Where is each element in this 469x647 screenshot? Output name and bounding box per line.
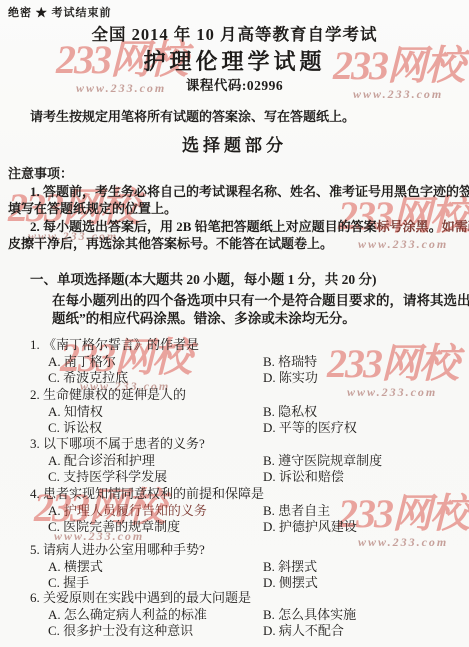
option-label: B. bbox=[263, 453, 278, 468]
option-label: D. bbox=[263, 370, 279, 385]
option-text: 遵守医院规章制度 bbox=[278, 453, 382, 468]
question-number: 6. bbox=[30, 590, 43, 605]
question-number: 1. bbox=[30, 337, 43, 352]
option-b: B. 斜摆式 bbox=[263, 559, 317, 574]
page-content: 绝密 ★ 考试结束前 全国 2014 年 10 月高等教育自学考试 护理伦理学试… bbox=[0, 0, 469, 647]
option-text: 怎么具体实施 bbox=[278, 607, 356, 622]
option-label: C. bbox=[48, 519, 63, 534]
option-text: 隐私权 bbox=[278, 404, 317, 419]
exam-paper-page: 233网校 www.233.com 233网校 www.233.com 233网… bbox=[0, 0, 469, 647]
option-text: 怎么确定病人利益的标准 bbox=[64, 607, 207, 622]
option-a: A. 南丁格尔 bbox=[48, 354, 116, 369]
option-text: 支持医学科学发展 bbox=[63, 469, 167, 484]
option-a: A. 知情权 bbox=[48, 404, 103, 419]
option-text: 南丁格尔 bbox=[64, 354, 116, 369]
option-c: C. 诉讼权 bbox=[48, 420, 102, 435]
option-d: D. 陈实功 bbox=[263, 370, 318, 385]
option-text: 知情权 bbox=[64, 404, 103, 419]
option-label: D. bbox=[263, 575, 279, 590]
option-text: 医院完善的规章制度 bbox=[63, 519, 180, 534]
option-text: 陈实功 bbox=[279, 370, 318, 385]
question: 4. 患者实现知情同意权利的前提和保障是A. 护理人员履行告知的义务B. 患者自… bbox=[0, 486, 469, 536]
option-b: B. 患者自主 bbox=[263, 503, 330, 518]
question-stem: 6. 关爱原则在实践中遇到的最大问题是 bbox=[30, 590, 251, 605]
option-text: 侧摆式 bbox=[279, 575, 318, 590]
question-number: 3. bbox=[30, 436, 43, 451]
option-label: A. bbox=[48, 404, 64, 419]
option-text: 平等的医疗权 bbox=[279, 420, 357, 435]
option-b: B. 格瑞特 bbox=[263, 354, 317, 369]
text-segment: 请病人进办公室用哪种手势? bbox=[43, 542, 205, 557]
option-label: A. bbox=[48, 559, 64, 574]
option-a: A. 护理人员履行告知的义务 bbox=[48, 503, 207, 518]
option-label: A. bbox=[48, 607, 64, 622]
option-text: 很多护士没有这种意识 bbox=[63, 623, 193, 638]
option-label: B. bbox=[263, 503, 278, 518]
option-label: D. bbox=[263, 469, 279, 484]
option-label: A. bbox=[48, 453, 64, 468]
option-d: D. 平等的医疗权 bbox=[263, 420, 357, 435]
option-label: A. bbox=[48, 503, 64, 518]
text-segment: 患者实现知情同意权利的前提和保障是 bbox=[43, 486, 264, 501]
option-a: A. 配合诊治和护理 bbox=[48, 453, 155, 468]
question-list: 1. 《南丁格尔誓言》的作者是A. 南丁格尔B. 格瑞特C. 希波克拉底D. 陈… bbox=[0, 0, 469, 647]
option-label: C. bbox=[48, 420, 63, 435]
question: 1. 《南丁格尔誓言》的作者是A. 南丁格尔B. 格瑞特C. 希波克拉底D. 陈… bbox=[0, 337, 469, 387]
option-d: D. 侧摆式 bbox=[263, 575, 318, 590]
text-segment: 关爱原则在实践中遇到的最大问题是 bbox=[43, 590, 251, 605]
option-label: B. bbox=[263, 559, 278, 574]
option-b: B. 隐私权 bbox=[263, 404, 317, 419]
option-label: D. bbox=[263, 420, 279, 435]
question: 3. 以下哪项不属于患者的义务?A. 配合诊治和护理B. 遵守医院规章制度C. … bbox=[0, 436, 469, 486]
question-number: 5. bbox=[30, 542, 43, 557]
text-segment: 以下哪项 bbox=[43, 436, 95, 451]
option-text: 护理人员履行告知的义务 bbox=[64, 503, 207, 518]
question: 5. 请病人进办公室用哪种手势?A. 横摆式B. 斜摆式C. 握手D. 侧摆式 bbox=[0, 542, 469, 592]
question-number: 4. bbox=[30, 486, 43, 501]
question: 6. 关爱原则在实践中遇到的最大问题是A. 怎么确定病人利益的标准B. 怎么具体… bbox=[0, 590, 469, 640]
text-segment: 《南丁格尔誓言》的作者是 bbox=[43, 337, 199, 352]
option-c: C. 医院完善的规章制度 bbox=[48, 519, 180, 534]
option-d: D. 护德护风建设 bbox=[263, 519, 357, 534]
option-text: 配合诊治和护理 bbox=[64, 453, 155, 468]
option-c: C. 希波克拉底 bbox=[48, 370, 128, 385]
option-d: D. 诉讼和赔偿 bbox=[263, 469, 344, 484]
option-label: B. bbox=[263, 404, 278, 419]
option-text: 希波克拉底 bbox=[63, 370, 128, 385]
text-segment: 不属于 bbox=[95, 436, 134, 451]
question-stem: 1. 《南丁格尔誓言》的作者是 bbox=[30, 337, 199, 352]
option-c: C. 支持医学科学发展 bbox=[48, 469, 167, 484]
option-text: 护德护风建设 bbox=[279, 519, 357, 534]
option-label: C. bbox=[48, 469, 63, 484]
option-b: B. 怎么具体实施 bbox=[263, 607, 356, 622]
option-a: A. 横摆式 bbox=[48, 559, 103, 574]
option-text: 诉讼和赔偿 bbox=[279, 469, 344, 484]
option-a: A. 怎么确定病人利益的标准 bbox=[48, 607, 207, 622]
question-stem: 4. 患者实现知情同意权利的前提和保障是 bbox=[30, 486, 264, 501]
option-label: B. bbox=[263, 607, 278, 622]
text-segment: 患者的义务? bbox=[134, 436, 205, 451]
option-text: 患者自主 bbox=[278, 503, 330, 518]
option-text: 斜摆式 bbox=[278, 559, 317, 574]
option-text: 横摆式 bbox=[64, 559, 103, 574]
option-label: C. bbox=[48, 623, 63, 638]
option-b: B. 遵守医院规章制度 bbox=[263, 453, 382, 468]
question-number: 2. bbox=[30, 387, 43, 402]
option-label: A. bbox=[48, 354, 64, 369]
option-text: 握手 bbox=[63, 575, 89, 590]
option-text: 格瑞特 bbox=[278, 354, 317, 369]
question: 2. 生命健康权的延伸是人的A. 知情权B. 隐私权C. 诉讼权D. 平等的医疗… bbox=[0, 387, 469, 437]
option-label: C. bbox=[48, 575, 63, 590]
option-text: 诉讼权 bbox=[63, 420, 102, 435]
option-c: C. 握手 bbox=[48, 575, 89, 590]
question-stem: 5. 请病人进办公室用哪种手势? bbox=[30, 542, 205, 557]
text-segment: 生命健康权的延伸是人的 bbox=[43, 387, 186, 402]
question-stem: 2. 生命健康权的延伸是人的 bbox=[30, 387, 186, 402]
option-text: 病人不配合 bbox=[279, 623, 344, 638]
option-label: D. bbox=[263, 519, 279, 534]
option-label: C. bbox=[48, 370, 63, 385]
option-label: B. bbox=[263, 354, 278, 369]
option-label: D. bbox=[263, 623, 279, 638]
option-c: C. 很多护士没有这种意识 bbox=[48, 623, 193, 638]
option-d: D. 病人不配合 bbox=[263, 623, 344, 638]
